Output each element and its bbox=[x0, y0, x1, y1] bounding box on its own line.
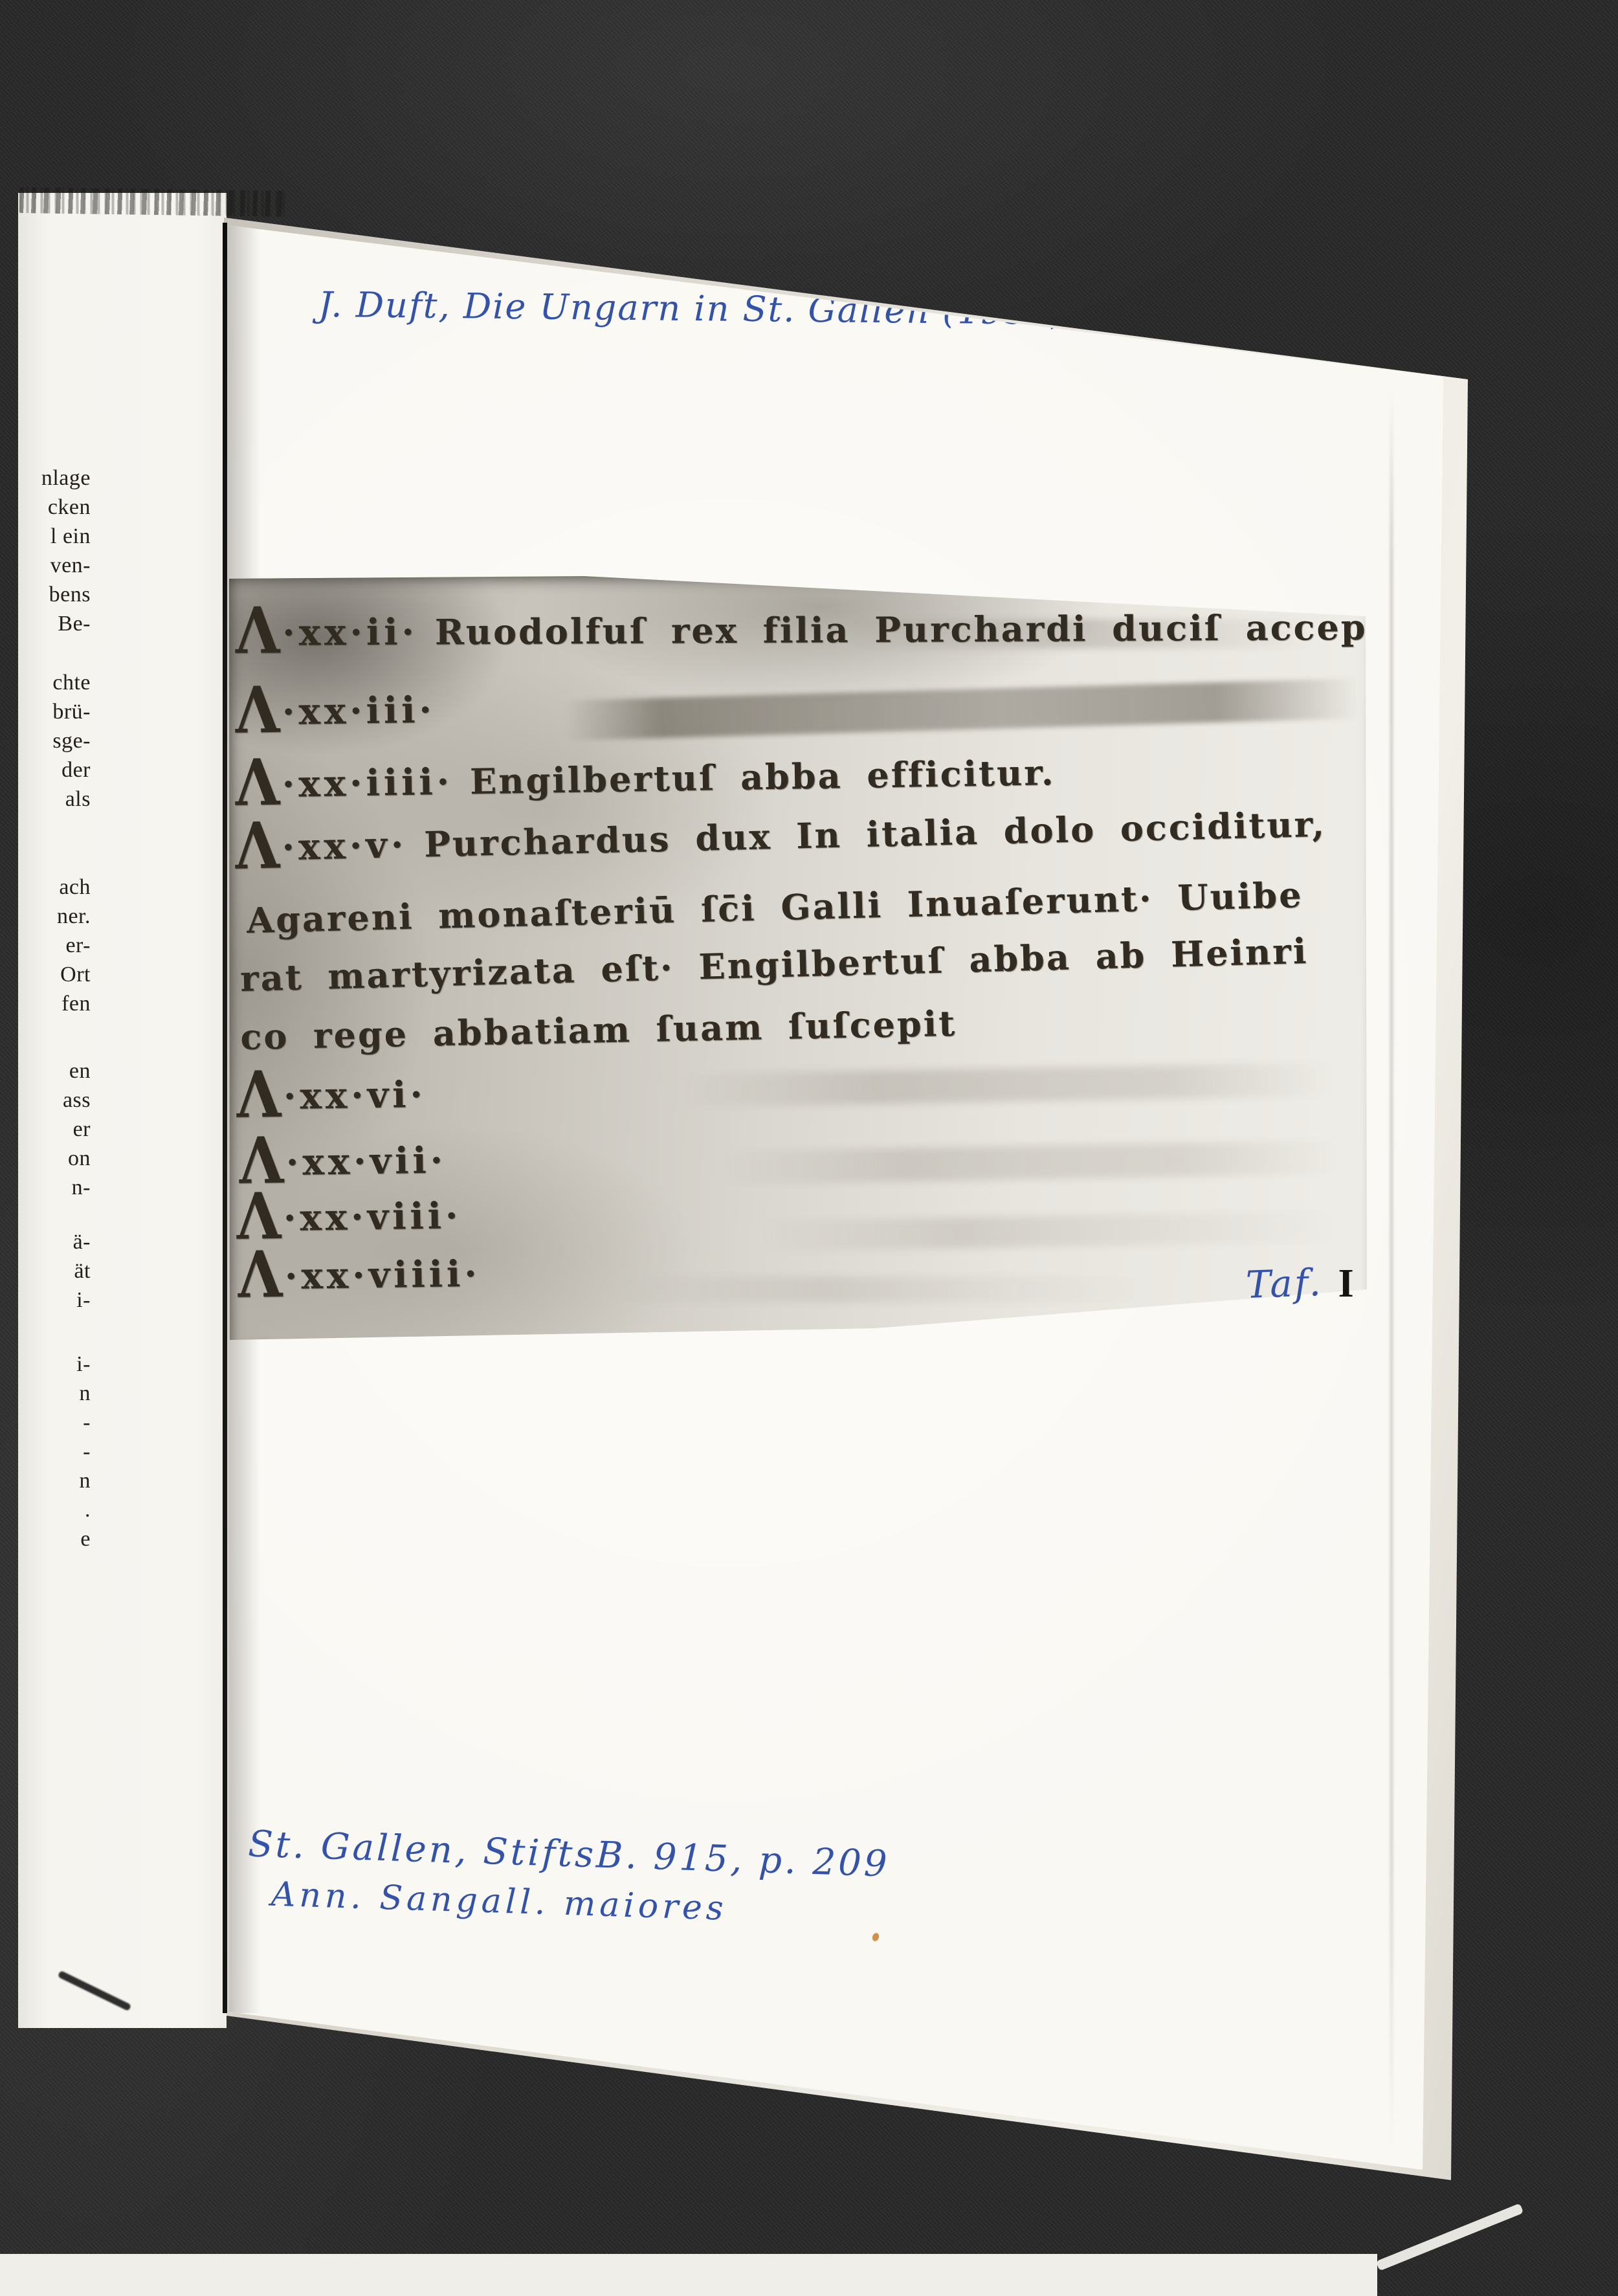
facsimile-line: Λ·xx·iiii·Engilbertuſ abba efficitur. bbox=[235, 751, 1056, 807]
text-fragment: bens bbox=[18, 580, 91, 609]
annal-text: rat martyrizata eſt· Engilbertuſ abba ab… bbox=[239, 930, 1309, 999]
facsimile-line: Agareni monaſteriū ſc̄i Galli Inuaſerunt… bbox=[246, 874, 1303, 941]
annal-initial: Λ bbox=[235, 845, 279, 846]
annal-initial: Λ bbox=[238, 1274, 282, 1275]
annal-text bbox=[443, 1074, 443, 1115]
text-fragment: i- bbox=[18, 1286, 91, 1315]
text-fragment: ner. bbox=[18, 902, 91, 931]
text-fragment: als bbox=[18, 785, 91, 814]
annal-year: ·xx·iii· bbox=[282, 689, 436, 733]
text-fragment: e bbox=[18, 1524, 91, 1554]
clipped-text-column: nlageckenl einven-bensBe- bbox=[18, 463, 91, 638]
book-page: J. Duft, Die Ungarn in St. Gallen (1957)… bbox=[0, 0, 1618, 2296]
text-fragment: ven- bbox=[18, 551, 91, 580]
annal-year: ·xx·ii· bbox=[282, 611, 418, 654]
annal-year: ·xx·v· bbox=[282, 823, 408, 869]
annal-initial: Λ bbox=[239, 1160, 283, 1161]
annal-text: Engilbertuſ abba efficitur. bbox=[470, 752, 1056, 802]
text-fragment: fen bbox=[18, 989, 91, 1018]
facsimile-line: Λ·xx·iii· bbox=[235, 688, 452, 734]
text-fragment: nlage bbox=[18, 463, 91, 493]
book-gutter bbox=[223, 223, 227, 2013]
facsimile-line: co rege abbatiam ſuam ſuſcepit bbox=[240, 1003, 957, 1058]
annal-initial: Λ bbox=[235, 709, 279, 710]
text-fragment: Ort bbox=[18, 960, 91, 989]
clipped-text-column: enasseronn- bbox=[18, 1056, 91, 1202]
clipped-text-column: i-n--n.e bbox=[18, 1350, 91, 1554]
annal-initial: Λ bbox=[236, 1216, 280, 1216]
annal-text bbox=[478, 1195, 479, 1236]
annal-text bbox=[452, 689, 452, 730]
annal-initial: Λ bbox=[235, 782, 279, 783]
facsimile-line: Λ·xx·vi· bbox=[236, 1073, 443, 1119]
bleedthrough-ghost bbox=[564, 678, 1360, 741]
annal-text: co rege abbatiam ſuam ſuſcepit bbox=[240, 1003, 957, 1058]
annal-year: ·xx·vi· bbox=[283, 1073, 427, 1118]
bleedthrough-ghost bbox=[681, 1062, 1335, 1108]
text-fragment: der bbox=[18, 755, 91, 785]
manuscript-facsimile: Λ·xx·ii·Ruodolfuſ rex filia Purchardi du… bbox=[228, 576, 1368, 1343]
text-fragment: en bbox=[18, 1056, 91, 1086]
clipped-text-column: achner.er-Ortfen bbox=[18, 873, 91, 1018]
facsimile-line: Λ·xx·viii· bbox=[236, 1194, 479, 1240]
text-fragment: Be- bbox=[18, 609, 91, 638]
paper-bottom-edge bbox=[0, 2254, 1377, 2296]
text-fragment: brü- bbox=[18, 697, 91, 726]
torn-paper-edge bbox=[19, 187, 285, 217]
facsimile-line: rat martyrizata eſt· Engilbertuſ abba ab… bbox=[239, 930, 1309, 999]
annal-year: ·xx·viii· bbox=[283, 1194, 462, 1240]
text-fragment: n bbox=[18, 1466, 91, 1495]
text-fragment: on bbox=[18, 1144, 91, 1173]
facsimile-line: Λ·xx·ii·Ruodolfuſ rex filia Purchardi du… bbox=[236, 605, 1415, 654]
annal-text: Ruodolfuſ rex filia Purchardi duciſ acce… bbox=[435, 606, 1415, 652]
top-annotation: J. Duft, Die Ungarn in St. Gallen (1957) bbox=[318, 284, 1067, 333]
page-corner-shadow bbox=[58, 1970, 131, 2011]
text-fragment: ass bbox=[18, 1086, 91, 1115]
text-fragment: sge- bbox=[18, 726, 91, 755]
plate-number: I bbox=[1338, 1262, 1354, 1306]
text-fragment: . bbox=[18, 1495, 91, 1524]
shelfmark-note: St. Gallen, StiftsB. 915, p. 209 bbox=[247, 1823, 890, 1885]
annal-text bbox=[463, 1139, 464, 1181]
annal-text: Purchardus dux In italia dolo occiditur, bbox=[424, 803, 1327, 865]
text-fragment: er bbox=[18, 1115, 91, 1144]
facsimile-line: Λ·xx·viiii· bbox=[238, 1252, 498, 1298]
clipped-text-column: ä-äti- bbox=[18, 1227, 91, 1315]
facsimile-line: Λ·xx·v·Purchardus dux In italia dolo occ… bbox=[235, 803, 1327, 870]
bleedthrough-ghost bbox=[616, 1276, 1147, 1302]
paper-corner-crease bbox=[1376, 2203, 1524, 2271]
plate-label-handwritten: Taf. bbox=[1245, 1260, 1324, 1307]
annal-year: ·xx·iiii· bbox=[282, 761, 453, 806]
text-fragment: - bbox=[18, 1437, 91, 1466]
text-fragment: ä- bbox=[18, 1227, 91, 1256]
plate-label: Taf.I bbox=[1246, 1261, 1354, 1307]
text-fragment: - bbox=[18, 1408, 91, 1437]
text-fragment: cken bbox=[18, 493, 91, 522]
text-fragment: chte bbox=[18, 668, 91, 697]
text-fragment: er- bbox=[18, 931, 91, 960]
source-note: Ann. Sangall. maiores bbox=[271, 1875, 889, 1934]
text-fragment: l ein bbox=[18, 522, 91, 551]
adjacent-page-edge: nlageckenl einven-bensBe- chtebrü-sge-de… bbox=[18, 193, 227, 2028]
annal-year: ·xx·viiii· bbox=[284, 1253, 481, 1298]
bleedthrough-ghost bbox=[720, 1141, 1342, 1185]
annal-text bbox=[497, 1253, 498, 1294]
clipped-text-column: chtebrü-sge-derals bbox=[18, 668, 91, 814]
annal-text: Agareni monaſteriū ſc̄i Galli Inuaſerunt… bbox=[246, 874, 1303, 941]
bottom-annotation: St. Gallen, StiftsB. 915, p. 209 Ann. Sa… bbox=[246, 1823, 890, 1933]
text-fragment: n bbox=[18, 1379, 91, 1408]
text-fragment: n- bbox=[18, 1173, 91, 1202]
text-fragment: i- bbox=[18, 1350, 91, 1379]
text-fragment: ach bbox=[18, 873, 91, 902]
ink-speck bbox=[871, 1932, 880, 1943]
annal-year: ·xx·vii· bbox=[285, 1139, 447, 1184]
annal-initial: Λ bbox=[236, 1094, 280, 1095]
text-fragment: ät bbox=[18, 1256, 91, 1286]
photocopy-scan: nlageckenl einven-bensBe- chtebrü-sge-de… bbox=[0, 0, 1618, 2296]
bleedthrough-ghost bbox=[759, 1210, 1342, 1252]
page-crease bbox=[1390, 388, 1393, 2156]
